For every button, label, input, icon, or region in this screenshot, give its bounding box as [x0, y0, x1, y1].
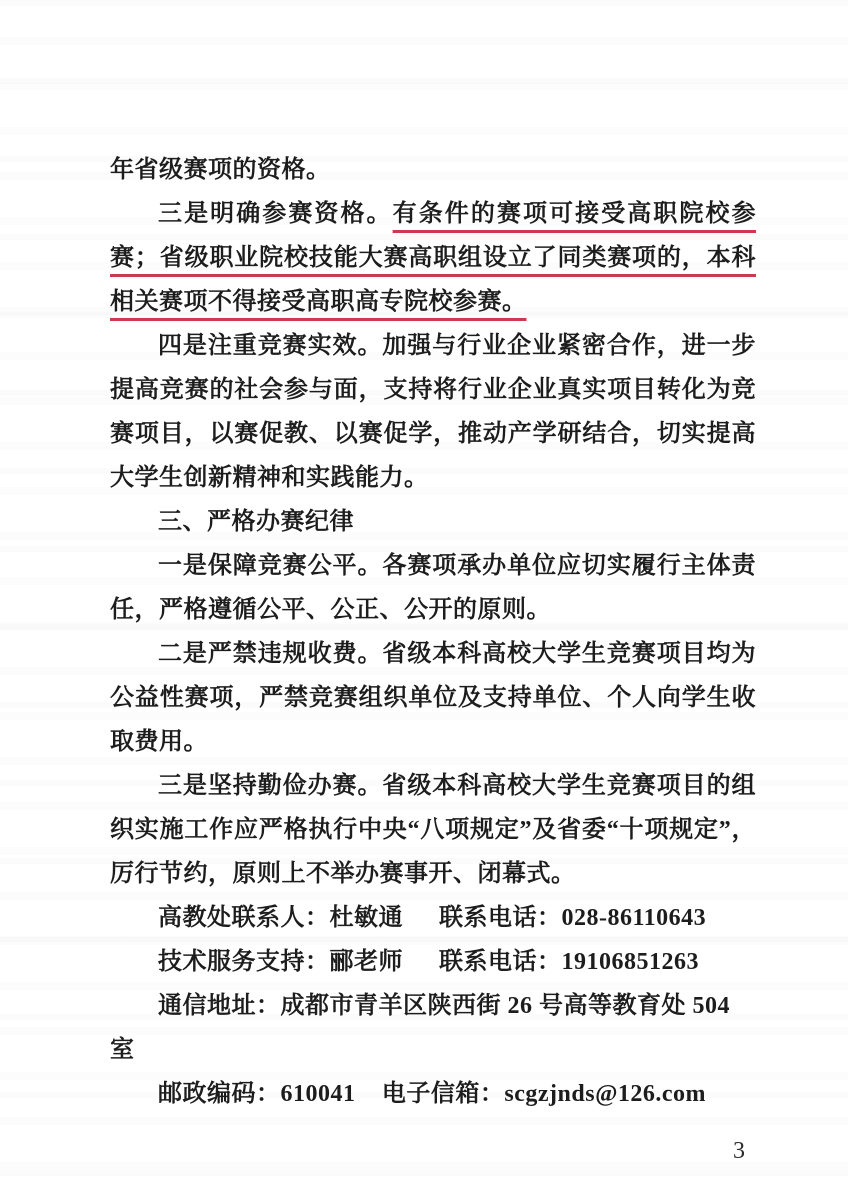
contact-person-name: 杜敏通	[330, 905, 404, 931]
contact-label: 通信地址：	[158, 993, 281, 1019]
contact-phone-label: 联系电话：	[439, 905, 562, 931]
contact-person-name: 郦老师	[330, 949, 404, 975]
postal-code: 610041	[281, 1081, 356, 1107]
contact-email-address: scgzjnds@126.com	[504, 1081, 706, 1107]
paragraph-continuation: 年省级赛项的资格。	[110, 148, 756, 192]
paragraph-lead-text: 三是明确参赛资格。	[158, 201, 393, 227]
paragraph-participation-eligibility: 三是明确参赛资格。有条件的赛项可接受高职院校参赛；省级职业院校技能大赛高职组设立…	[110, 192, 756, 324]
contact-phone-number: 19106851263	[562, 949, 700, 975]
section-heading-discipline: 三、严格办赛纪律	[110, 500, 756, 544]
contact-line-tech-support: 技术服务支持：郦老师联系电话：19106851263	[110, 940, 756, 984]
paragraph-competition-effectiveness: 四是注重竞赛实效。加强与行业企业紧密合作，进一步提高竞赛的社会参与面，支持将行业…	[110, 324, 756, 500]
contact-label: 高教处联系人：	[158, 905, 330, 931]
contact-line-address: 通信地址：成都市青羊区陕西街 26 号高等教育处 504 室	[110, 984, 756, 1072]
paragraph-thrift: 三是坚持勤俭办赛。省级本科高校大学生竞赛项目的组织实施工作应严格执行中央“八项规…	[110, 764, 756, 896]
paragraph-fairness: 一是保障竞赛公平。各赛项承办单位应切实履行主体责任，严格遵循公平、公正、公开的原…	[110, 544, 756, 632]
contact-line-gaojiaochu: 高教处联系人：杜敏通联系电话：028-86110643	[110, 896, 756, 940]
contact-label: 技术服务支持：	[158, 949, 330, 975]
document-body: 年省级赛项的资格。 三是明确参赛资格。有条件的赛项可接受高职院校参赛；省级职业院…	[110, 148, 756, 1116]
contact-phone-number: 028-86110643	[562, 905, 707, 931]
paragraph-no-fees: 二是严禁违规收费。省级本科高校大学生竞赛项目均为公益性赛项，严禁竞赛组织单位及支…	[110, 632, 756, 764]
contact-line-postal-email: 邮政编码：610041电子信箱：scgzjnds@126.com	[110, 1072, 756, 1116]
contact-phone-label: 联系电话：	[439, 949, 562, 975]
page-number: 3	[733, 1138, 745, 1165]
contact-email-label: 电子信箱：	[382, 1081, 505, 1107]
contact-label: 邮政编码：	[158, 1081, 281, 1107]
